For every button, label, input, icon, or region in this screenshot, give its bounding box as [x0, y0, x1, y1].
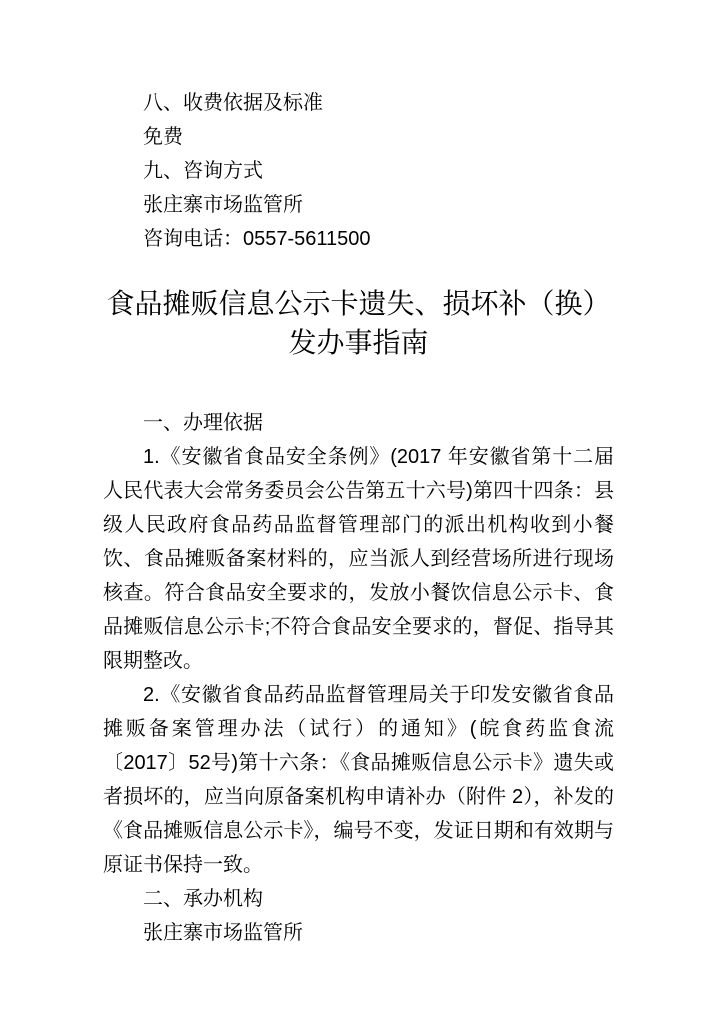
page-title: 食品摊贩信息公示卡遗失、损坏补（换）发办事指南 — [103, 284, 614, 362]
section-basis-heading: 一、办理依据 — [103, 406, 614, 440]
agency-name-line: 张庄寨市场监管所 — [103, 916, 614, 950]
consult-phone-line: 咨询电话：0557-5611500 — [103, 222, 614, 256]
consult-office-line: 张庄寨市场监管所 — [103, 188, 614, 222]
section-agency-heading: 二、承办机构 — [103, 882, 614, 916]
consult-method-heading: 九、咨询方式 — [103, 154, 614, 188]
fee-basis-heading: 八、收费依据及标准 — [103, 86, 614, 120]
basis-paragraph-2: 2.《安徽省食品药品监督管理局关于印发安徽省食品摊贩备案管理办法（试行）的通知》… — [103, 678, 614, 882]
fee-free-line: 免费 — [103, 120, 614, 154]
document-page: 八、收费依据及标准 免费 九、咨询方式 张庄寨市场监管所 咨询电话：0557-5… — [0, 0, 715, 1011]
basis-paragraph-1: 1.《安徽省食品安全条例》(2017 年安徽省第十二届人民代表大会常务委员会公告… — [103, 440, 614, 678]
